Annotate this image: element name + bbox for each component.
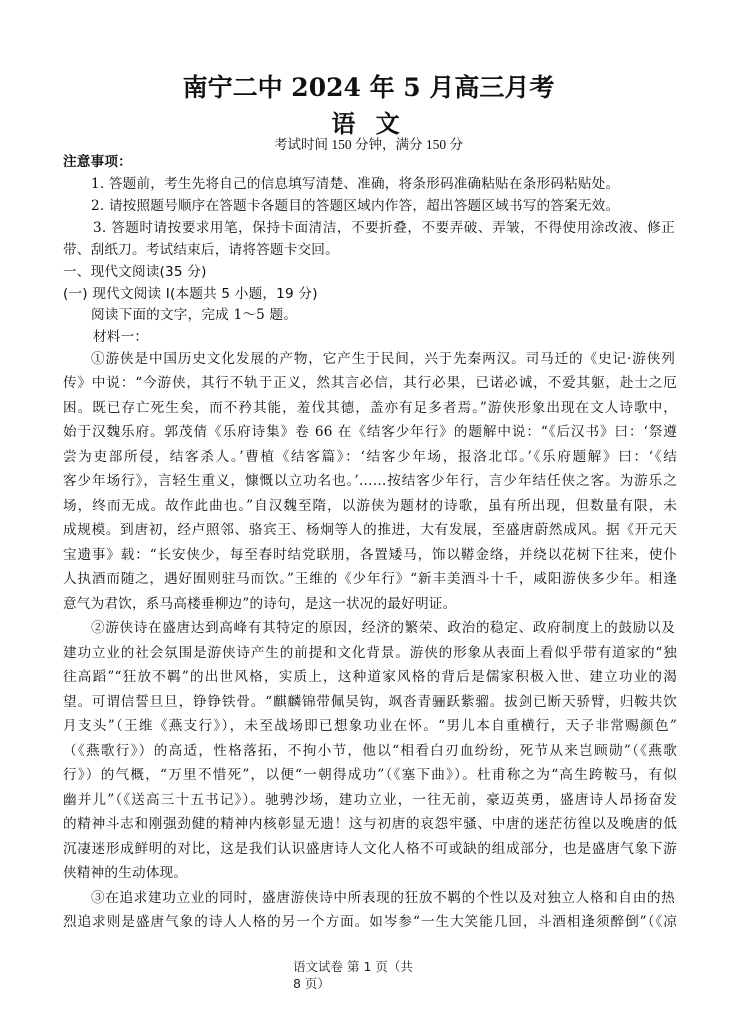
passage-line: 人执酒而随之，遇好囿则驻马而饮。”王维的《少年行》“新丰美酒斗十千，咸阳游侠多少…	[63, 570, 677, 588]
exam-time-info: 考试时间 150 分钟，满分 150 分	[0, 133, 737, 153]
passage-line: （《燕歌行》）的高适，性格落拓，不拘小节，他以“相看白刃血纷纷，死节从来岂顾勋”…	[63, 742, 677, 760]
passage-line: ②游侠诗在盛唐达到高峰有其特定的原因，经济的繁荣、政治的稳定、政府制度上的鼓励以…	[91, 619, 675, 637]
passage-line: 侠精神的生动体现。	[63, 864, 677, 882]
passage-line: 的精神斗志和刚强劲健的精神内核彰显无遗！这与初唐的哀怨牢骚、中唐的迷茫彷徨以及晚…	[63, 815, 677, 833]
passage-line: 意气为君饮，系马高楼垂柳边”的诗句，是这一状况的最好明证。	[63, 595, 677, 613]
passage-line: 幽并儿”（《送高三十五书记》）。驰骋沙场，建功立业，一往无前，豪迈英勇，盛唐诗人…	[63, 791, 677, 809]
notice-item: 2. 请按照题号顺序在答题卡各题目的答题区域内作答，超出答题区域书写的答案无效。	[91, 197, 705, 215]
passage-line: 传》中说：“今游侠，其行不轨于正义，然其言必信，其行必果，已诺必诚，不爱其躯，赴…	[63, 374, 677, 392]
passage-line: 场，终而无成。故作此曲也。”自汉魏至隋，以游侠为题材的诗歌，虽有所出现，但数量有…	[63, 497, 677, 515]
passage-line: 往高蹈”“狂放不羁”的出世风格，实质上，这种道家风格的背后是儒家积极入世、建立功…	[63, 668, 677, 686]
material-label: 材料一：	[93, 328, 707, 346]
passage-line: 沉凄迷形成鲜明的对比，这是我们认识盛唐诗人文化人格不可或缺的组成部分，也是盛唐气…	[63, 840, 677, 858]
section-subheading: (一) 现代文阅读 I(本题共 5 小题，19 分)	[63, 285, 677, 303]
passage-line: 困。既已存亡死生矣，而不矜其能，羞伐其德，盖亦有足多者焉。”游侠形象出现在文人诗…	[63, 399, 677, 417]
passage-line: 望。可谓信誓旦旦，铮铮铁骨。“麒麟锦带佩吴钩，飒沓青骊跃紫骝。拔剑已断天骄臂，归…	[63, 693, 677, 711]
page-number-line-2: 8 页）	[293, 975, 433, 992]
section-heading: 一、现代文阅读(35 分)	[63, 263, 677, 281]
passage-line: 成规模。到唐初，经卢照邻、骆宾王、杨炯等人的推进，大有发展，至盛唐蔚然成风。据《…	[63, 521, 677, 539]
passage-line: ③在追求建功立业的同时，盛唐游侠诗中所表现的狂放不羁的个性以及对独立人格和自由的…	[91, 889, 675, 907]
passage-line: 宝遗事》载：“长安侠少，每至春时结党联朋，各置矮马，饰以鞯金络，并绕以花树下往来…	[63, 546, 677, 564]
passage-line: 始于汉魏乐府。郭茂倩《乐府诗集》卷 66 在《结客少年行》的题解中说：“《后汉书…	[63, 423, 677, 441]
notice-item-continuation: 带、刮纸刀。考试结束后，请将答题卡交回。	[63, 241, 677, 259]
notice-item: 1. 答题前，考生先将自己的信息填写清楚、准确，将条形码准确粘贴在条形码粘贴处。	[91, 175, 705, 193]
passage-line: 行》）的气概，“万里不惜死”，以便“一朝得成功”（《塞下曲》）。杜甫称之为“高生…	[63, 766, 677, 784]
exam-title: 南宁二中 2024 年 5 月高三月考	[0, 68, 737, 104]
page-footer: 语文试卷 第 1 页（共 8 页）	[293, 958, 433, 992]
page-number-line-1: 语文试卷 第 1 页（共	[293, 958, 433, 975]
reading-instruction: 阅读下面的文字，完成 1～5 题。	[91, 306, 705, 324]
passage-line: 建功立业的社会氛围是游侠诗产生的前提和文化背景。游侠的形象从表面上看似乎带有道家…	[63, 644, 677, 662]
notice-heading: 注意事项：	[63, 153, 677, 171]
passage-line: 客少年场行》，言轻生重义，慷慨以立功名也。’……按结客少年行，言少年结任侠之客。…	[63, 472, 677, 490]
passage-line: ①游侠是中国历史文化发展的产物，它产生于民间，兴于先秦两汉。司马迁的《史记·游侠…	[91, 350, 675, 368]
passage-line: 月支头”（王维《燕支行》），未至战场即已想象功业在怀。“男儿本自重横行，天子非常…	[63, 717, 677, 735]
notice-item: 3. 答题时请按要求用笔，保持卡面清洁，不要折叠，不要弄破、弄皱，不得使用涂改液…	[93, 219, 675, 237]
passage-line: 烈追求则是盛唐气象的诗人人格的另一个方面。如岑参“一生大笑能几回，斗酒相逢须醉倒…	[63, 913, 677, 931]
passage-line: 尝为吏部所侵，结客杀人。’曹植《结客篇》：‘结客少年场，报洛北邙。’《乐府题解》…	[63, 448, 677, 466]
